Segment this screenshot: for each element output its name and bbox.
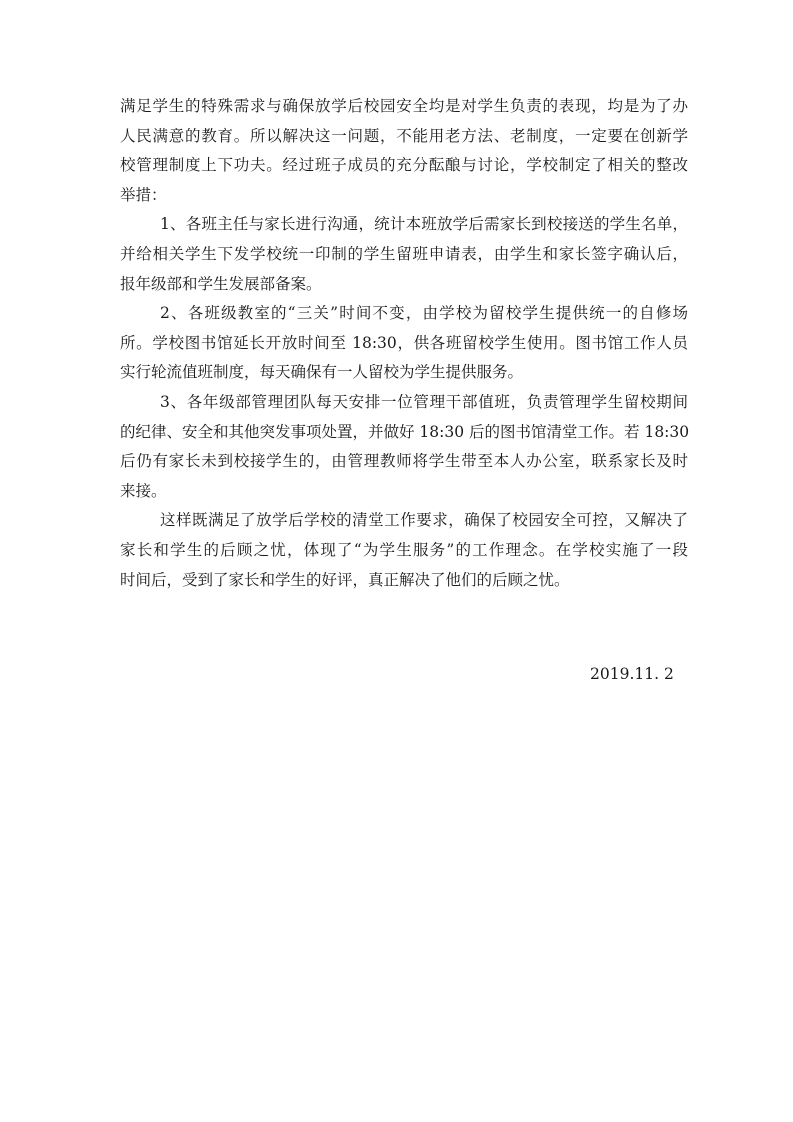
text-line: 的纪律、安全和其他突发事项处置，并做好 18:30 后的图书馆清堂工作。若 18… xyxy=(120,418,688,448)
conclusion-paragraph: 这样既满足了放学后学校的清堂工作要求，确保了校园安全可控，又解决了 家长和学生的… xyxy=(120,506,688,595)
measure-1-paragraph: 1、各班主任与家长进行沟通，统计本班放学后需家长到校接送的学生名单， 并给相关学… xyxy=(120,210,688,299)
measure-2-paragraph: 2、各班级教室的“三关”时间不变，由学校为留校学生提供统一的自修场 所。学校图书… xyxy=(120,299,688,388)
text-line: 这样既满足了放学后学校的清堂工作要求，确保了校园安全可控，又解决了 xyxy=(120,506,688,536)
text-line: 时间后，受到了家长和学生的好评，真正解决了他们的后顾之忧。 xyxy=(120,566,688,596)
text-line: 1、各班主任与家长进行沟通，统计本班放学后需家长到校接送的学生名单， xyxy=(120,210,688,240)
text-line: 并给相关学生下发学校统一印制的学生留班申请表，由学生和家长签字确认后， xyxy=(120,240,688,270)
document-page: 满足学生的特殊需求与确保放学后校园安全均是对学生负责的表现，均是为了办 人民满意… xyxy=(0,0,793,1122)
text-line: 报年级部和学生发展部备案。 xyxy=(120,270,688,300)
text-line: 来接。 xyxy=(120,477,688,507)
text-line: 后仍有家长未到校接学生的，由管理教师将学生带至本人办公室，联系家长及时 xyxy=(120,447,688,477)
intro-paragraph: 满足学生的特殊需求与确保放学后校园安全均是对学生负责的表现，均是为了办 人民满意… xyxy=(120,92,688,210)
text-line: 人民满意的教育。所以解决这一问题，不能用老方法、老制度，一定要在创新学 xyxy=(120,122,688,152)
document-body: 满足学生的特殊需求与确保放学后校园安全均是对学生负责的表现，均是为了办 人民满意… xyxy=(120,92,688,595)
text-line: 所。学校图书馆延长开放时间至 18:30，供各班留校学生使用。图书馆工作人员 xyxy=(120,329,688,359)
measure-3-paragraph: 3、各年级部管理团队每天安排一位管理干部值班，负责管理学生留校期间 的纪律、安全… xyxy=(120,388,688,506)
text-line: 校管理制度上下功夫。经过班子成员的充分酝酿与讨论，学校制定了相关的整改 xyxy=(120,151,688,181)
document-date: 2019.11. 2 xyxy=(590,665,674,683)
text-line: 举措： xyxy=(120,181,688,211)
text-line: 2、各班级教室的“三关”时间不变，由学校为留校学生提供统一的自修场 xyxy=(120,299,688,329)
text-line: 实行轮流值班制度，每天确保有一人留校为学生提供服务。 xyxy=(120,358,688,388)
text-line: 家长和学生的后顾之忧，体现了“为学生服务”的工作理念。在学校实施了一段 xyxy=(120,536,688,566)
text-line: 3、各年级部管理团队每天安排一位管理干部值班，负责管理学生留校期间 xyxy=(120,388,688,418)
text-line: 满足学生的特殊需求与确保放学后校园安全均是对学生负责的表现，均是为了办 xyxy=(120,92,688,122)
